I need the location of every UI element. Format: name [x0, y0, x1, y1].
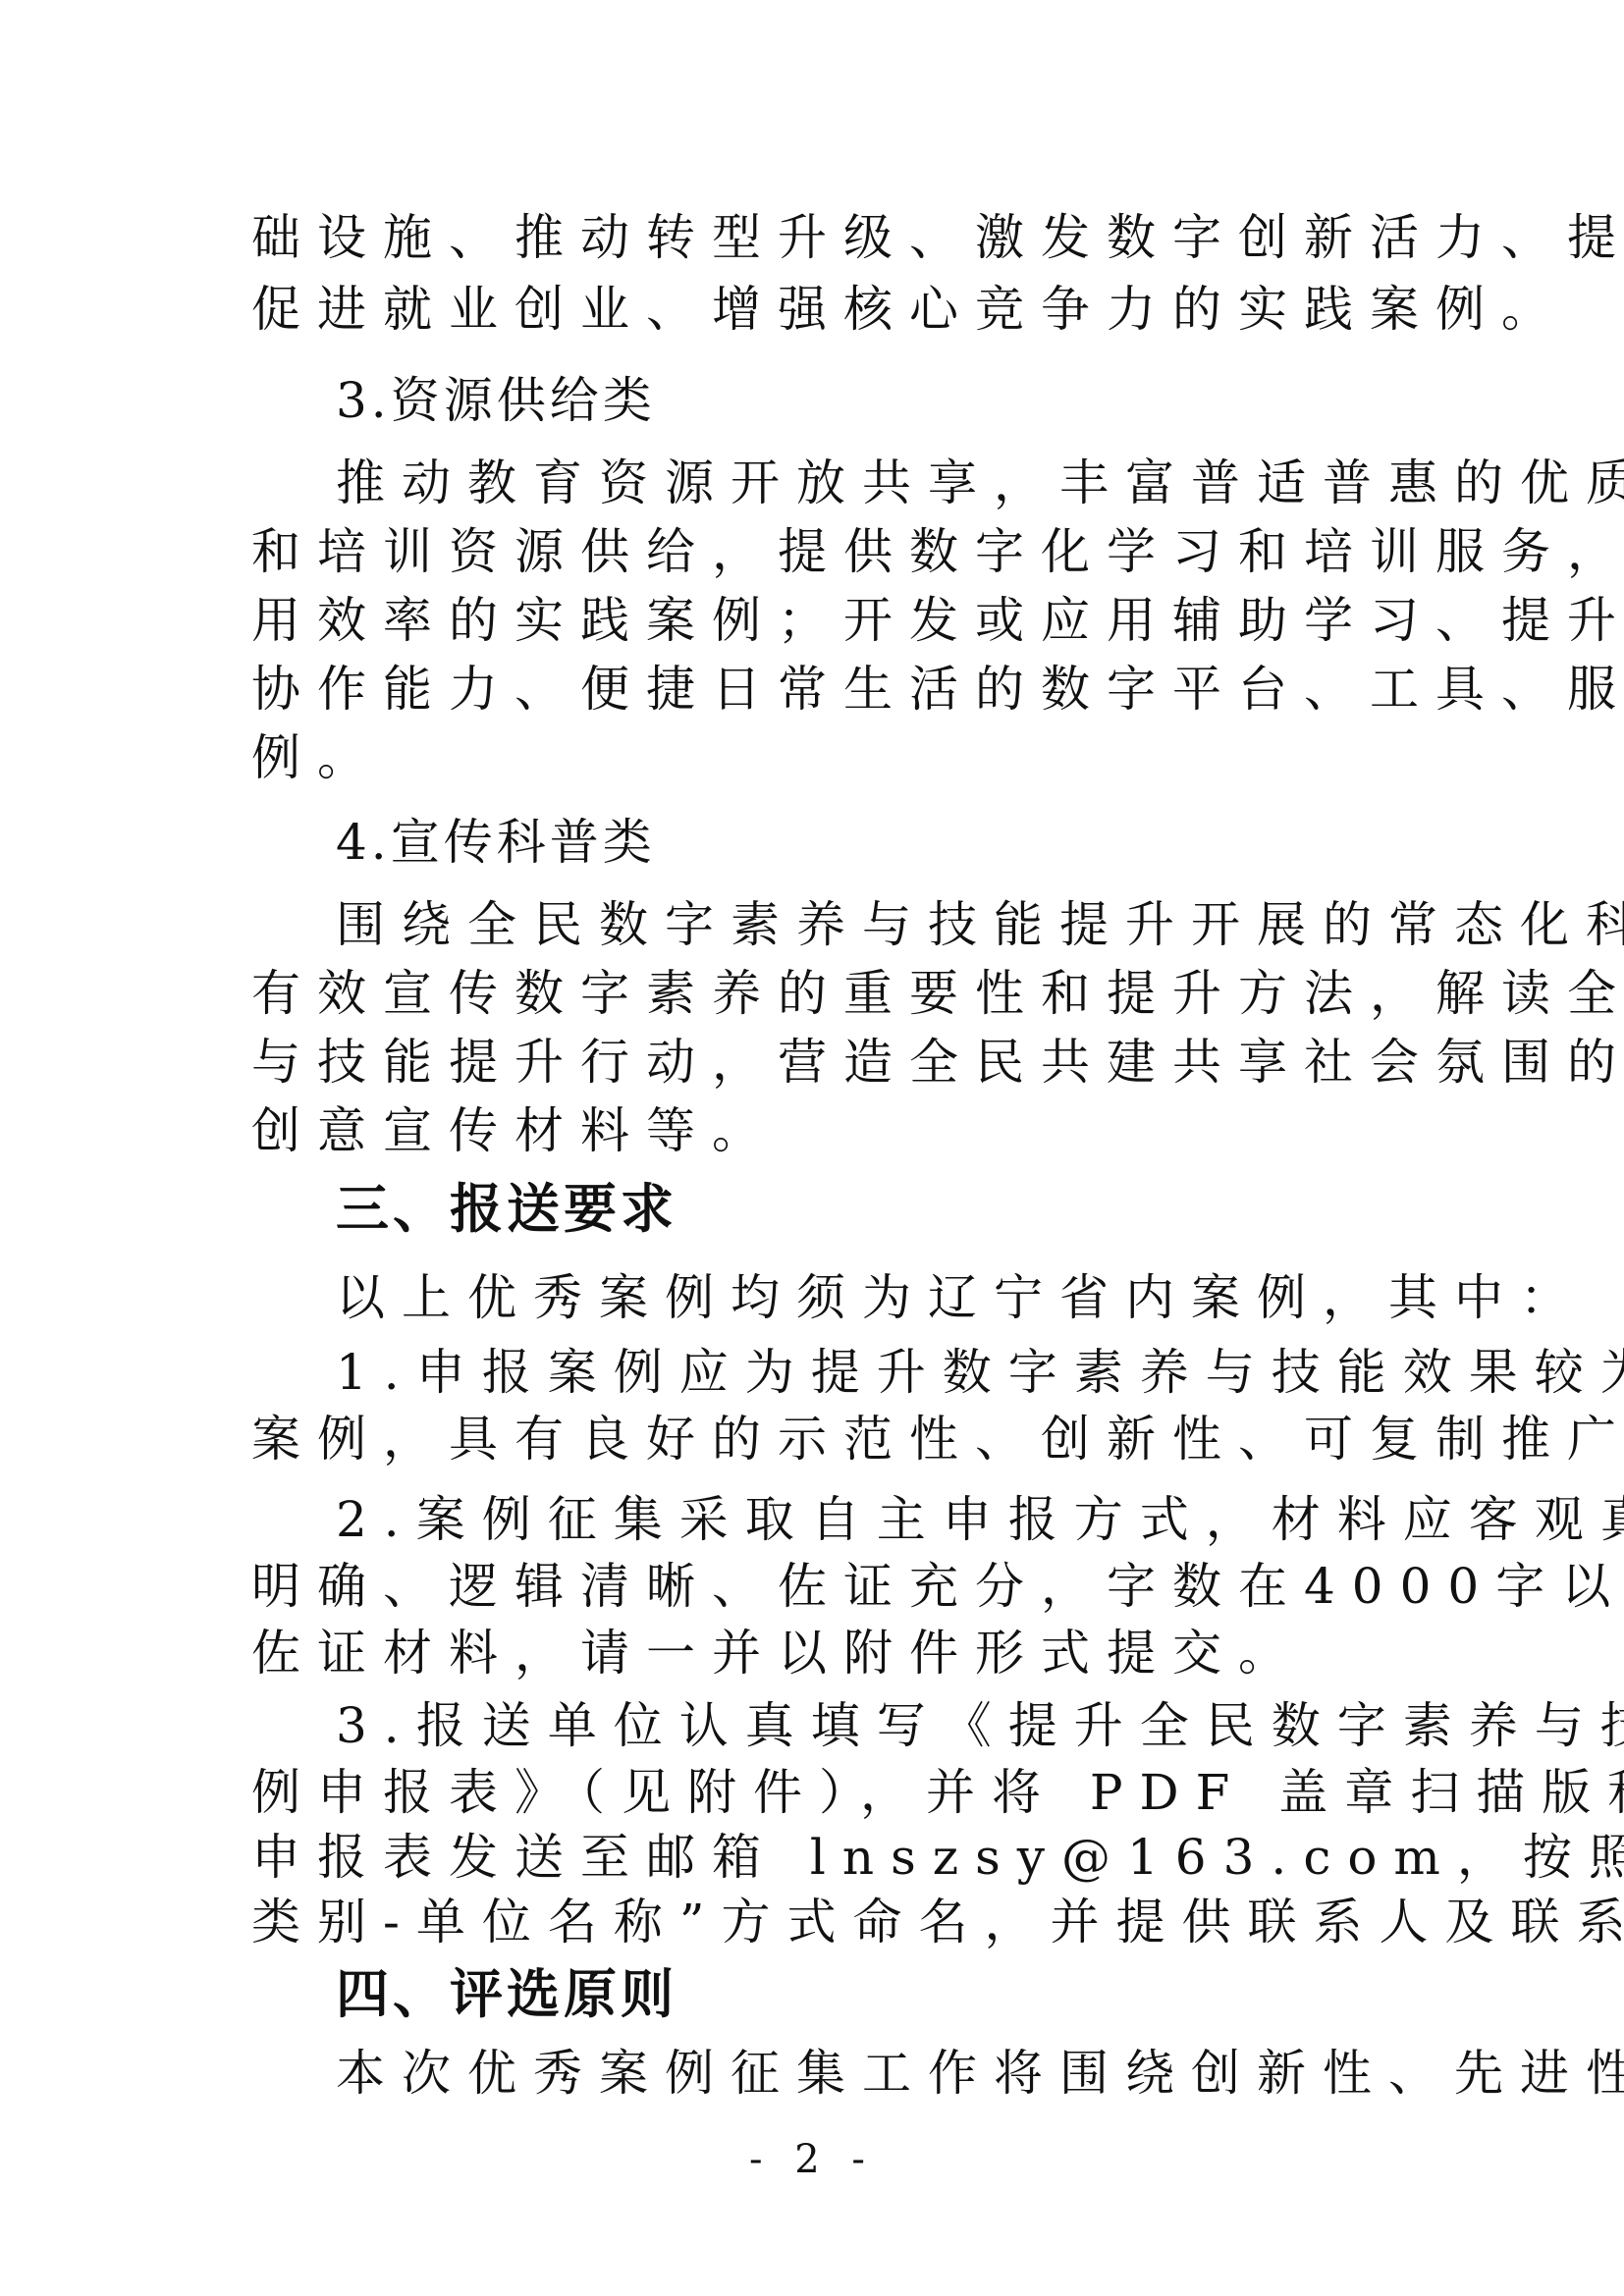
- body-text-line: 申报表发送至邮箱 lnszsy@163.com，按照“案例名称-申报: [251, 1828, 1390, 1887]
- body-text-line: 3.报送单位认真填写《提升全民数字素养与技能优秀案: [336, 1696, 1390, 1755]
- body-text-line: 2.案例征集采取自主申报方式，材料应客观真实、主题: [336, 1490, 1390, 1549]
- heading-submission-requirements: 三、报送要求: [336, 1180, 1475, 1239]
- body-text-line: 创意宣传材料等。: [251, 1101, 1390, 1160]
- body-text-line: 础设施、推动转型升级、激发数字创新活力、提高生产效率、: [251, 208, 1390, 267]
- subheading-publicity: 4.宣传科普类: [336, 813, 1390, 872]
- heading-selection-principles: 四、评选原则: [336, 1965, 1475, 2024]
- page-number: - 2 -: [0, 2136, 1624, 2183]
- body-text-line: 例。: [251, 728, 1390, 787]
- body-text-line: 佐证材料，请一并以附件形式提交。: [251, 1624, 1390, 1682]
- body-text-line: 案例，具有良好的示范性、创新性、可复制推广性等。: [251, 1410, 1390, 1468]
- body-text-line: 用效率的实践案例；开发或应用辅助学习、提升工作效率和: [251, 591, 1390, 650]
- body-text-line: 推动教育资源开放共享，丰富普适普惠的优质数字教育: [336, 454, 1390, 512]
- body-text-line: 本次优秀案例征集工作将围绕创新性、先进性、实用性、: [336, 2044, 1390, 2103]
- body-text-line: 例申报表》（见附件），并将 PDF 盖章扫描版和 Word 文字版: [251, 1763, 1390, 1822]
- body-text-line: 1.申报案例应为提升数字素养与技能效果较为明显的: [336, 1343, 1390, 1402]
- body-text-line: 围绕全民数字素养与技能提升开展的常态化科普活动；: [336, 895, 1390, 954]
- body-text-line: 和培训资源供给，提供数字化学习和培训服务，提高资源利: [251, 522, 1390, 581]
- body-text-line: 以上优秀案例均须为辽宁省内案例，其中：: [336, 1268, 1390, 1327]
- body-text-line: 协作能力、便捷日常生活的数字平台、工具、服务的实践案: [251, 660, 1390, 719]
- body-text-line: 有效宣传数字素养的重要性和提升方法，解读全民数字素养: [251, 964, 1390, 1023]
- body-text-line: 促进就业创业、增强核心竞争力的实践案例。: [251, 280, 1390, 339]
- body-text-line: 明确、逻辑清晰、佐证充分，字数在4000字以内。如有相关: [251, 1557, 1390, 1616]
- body-text-line: 与技能提升行动，营造全民共建共享社会氛围的有效渠道及: [251, 1033, 1390, 1092]
- body-text-line: 类别-单位名称”方式命名，并提供联系人及联系方式。: [251, 1893, 1390, 1951]
- subheading-resource-supply: 3.资源供给类: [336, 371, 1390, 430]
